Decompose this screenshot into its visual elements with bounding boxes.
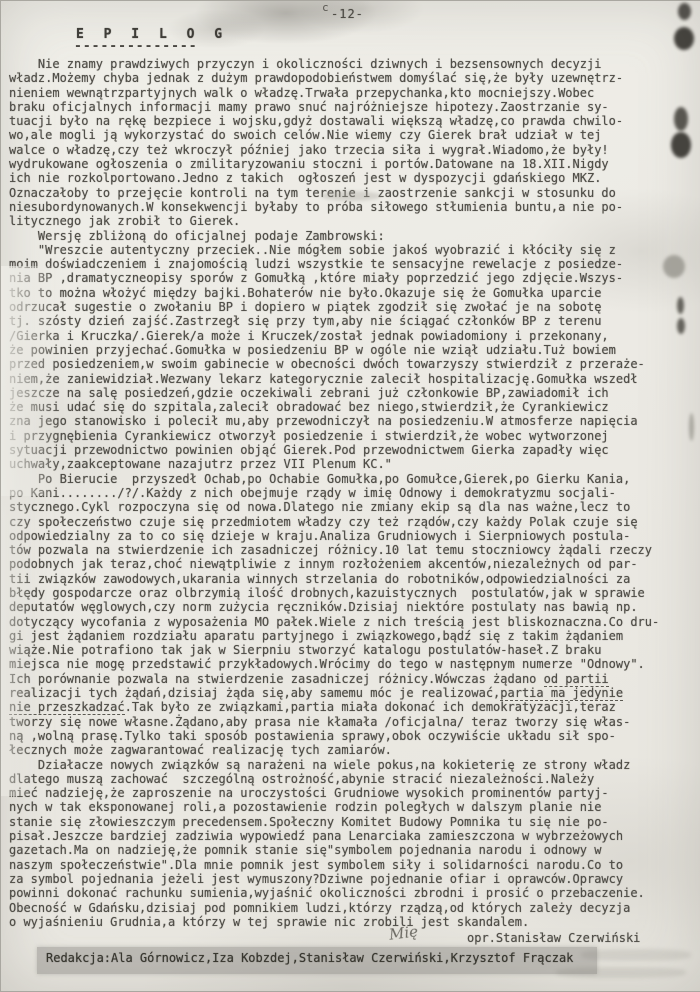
text-line: że musi udać się do szpitala,zalecił obr…	[9, 400, 693, 414]
text-line: Po Bierucie przyszedł Ochab,po Ochabie G…	[9, 472, 693, 486]
text-line: niesubordynowanych.W konsekwencji byłaby…	[9, 200, 693, 214]
text-line: braku oficjalnych informacji mamy prawo …	[9, 100, 693, 114]
text-line: ich nie rozkolportowano.Jedno z takich o…	[9, 171, 693, 185]
text-line: Nie znamy prawdziwych przyczyn i okolicz…	[9, 57, 693, 71]
ink-stain	[663, 255, 685, 278]
text-line: po Kani......../?/.Każdy z nich obejmuje…	[9, 486, 693, 500]
text-line: błędy gospodarcze oraz olbrzymią ilość d…	[9, 586, 693, 600]
bleed-through-smudge	[556, 967, 686, 978]
text-line: odpowiedzialny za to co się dzieje w kra…	[9, 529, 693, 543]
text-line: czy społeczeństwo czuje się przedmiotem …	[9, 515, 693, 529]
text-line: dlatego muszą zachować szczególną ostroż…	[9, 772, 693, 786]
text-line: za symbol pojednania jeżeli jest wymuszo…	[9, 872, 693, 886]
text-line: tów pozwala na stwierdzenie ich zasadnic…	[9, 543, 693, 557]
text-line: Obecność w Gdańsku,dzisiaj pod pomnikiem…	[9, 901, 693, 915]
ink-stain	[671, 132, 691, 158]
text-line: gi jest żądaniem rozdziału aparatu party…	[9, 629, 693, 643]
text-line: litycznego jak zrobił to Gierek.	[9, 214, 693, 228]
document-page: c -12- E P I L O G -------------- Nie zn…	[0, 0, 700, 992]
text-line: uchwały,zaakceptowane nazajutrz przez VI…	[9, 457, 693, 471]
ink-stain	[689, 413, 694, 441]
handwritten-corner-mark: c	[322, 1, 329, 14]
text-line: deputatów węglowych,czy norm zużycia ręc…	[9, 600, 693, 614]
text-line: tworzy się nowe własne.Żądano,aby prasa …	[9, 715, 693, 729]
bleed-through-smudge	[581, 949, 691, 961]
text-line: wydrukowane ogłoszenia o zmilitaryzowani…	[9, 157, 693, 171]
text-line: że powinien przyjechać.Gomułka w posiedz…	[9, 343, 693, 357]
text-line: pisał.Jeszcze bardziej zadziwia wypowied…	[9, 829, 693, 843]
text-line: i przygnębienia Cyrankiewicz otworzył po…	[9, 429, 693, 443]
text-line: nych w tak eksponowanej roli,a pozostawi…	[9, 800, 693, 814]
text-line: naszym społeczeństwie".Dla mnie pomnik j…	[9, 858, 693, 872]
text-line: nia BP ,dramatyczneopisy sporów z Gomułk…	[9, 271, 693, 285]
text-line: podobnych jak teraz,choć niewątpliwie z …	[9, 557, 693, 571]
text-line: jeszcze na salę posiedzeń,gdzie oczekiwa…	[9, 386, 693, 400]
page-number: -12-	[331, 7, 364, 21]
text-line: Działacze nowych związków są narażeni na…	[9, 758, 693, 772]
highlight-band: Redakcja:Ala Górnowicz,Iza Kobzdej,Stani…	[37, 947, 597, 974]
ink-stain	[678, 3, 691, 20]
text-line: realizacji tych żądań,dzisiaj żąda się,a…	[9, 686, 693, 700]
text-line: stanie się złowieszczym precedensem.Społ…	[9, 815, 693, 829]
text-line: gazetach.Ma on nadzieję,że pomnik stanie…	[9, 843, 693, 857]
text-line: ną ,wolną prasę.Tylko taki sposób postaw…	[9, 729, 693, 743]
text-line: tuacji było na rękę bezpiece i wojsku,gd…	[9, 114, 693, 128]
document-body: Nie znamy prawdziwych przyczyn i okolicz…	[9, 57, 693, 929]
ink-stain	[674, 27, 694, 50]
text-line: nie przeszkadzać.Tak było ze związkami,p…	[9, 700, 693, 714]
ink-stain	[674, 107, 688, 131]
text-line: wiąże.Nie potrafiono tak jak w Sierpniu …	[9, 643, 693, 657]
text-line: wo,ale mogli ją wykorzystać do swoich ce…	[9, 128, 693, 142]
text-line: tj. szósty dzień zajść.Zastrzegł się prz…	[9, 314, 693, 328]
title-underline: --------------	[74, 39, 198, 54]
text-line: dotyczący wycofania z wyposażenia MO pał…	[9, 615, 693, 629]
text-line: zna jego stanowisko i polecił mu,aby prz…	[9, 414, 693, 428]
text-line: tii związków zawodowych,ukarania winnych…	[9, 572, 693, 586]
text-line: Wersję zbliżoną do oficjalnej podaje Zam…	[9, 229, 693, 243]
text-line: łecznych może zagwarantować realizację t…	[9, 743, 693, 757]
author-credit: opr.Stanisław Czerwiński	[467, 931, 640, 945]
text-line: /Gierka i Kruczka/.Gierek/a może i Krucz…	[9, 329, 693, 343]
text-line: niem,że zaniewidział.Wezwany lekarz kate…	[9, 372, 693, 386]
text-line: o wyjaśnieniu Grudnia,a którzy w tej spr…	[9, 915, 693, 929]
ink-stain	[677, 318, 685, 334]
text-line: Ich porównanie pozwala na stwierdzenie z…	[9, 672, 693, 686]
editorial-credit-line: Redakcja:Ala Górnowicz,Iza Kobzdej,Stani…	[46, 951, 573, 965]
ink-stain	[321, 191, 381, 201]
text-line: tko to można włożyć między bajki.Bohater…	[9, 286, 693, 300]
text-line: odrzucał sugestie o zwołaniu BP i dopier…	[9, 300, 693, 314]
ink-stain	[677, 297, 684, 314]
text-line: nieniem wewnątrzpartyjnych walk o władzę…	[9, 86, 693, 100]
handwritten-initials: Mię	[388, 922, 419, 943]
text-line: "Wreszcie autentyczny przeciek..Nie mógł…	[9, 243, 693, 257]
text-line: powinni dokonać rachunku sumienia,wyjaśn…	[9, 886, 693, 900]
text-line: sytuacji przewodnictwo powinien objąć Gi…	[9, 443, 693, 457]
text-line: miejsca nie mogę przedstawić przykładowy…	[9, 657, 693, 671]
text-line: moim doświadczeniem i znajomością ludzi …	[9, 257, 693, 271]
text-line: mieć nadzieję,że zaproszenie na uroczyst…	[9, 786, 693, 800]
text-line: stycznego.Cykl rozpoczyna się od nowa.Dl…	[9, 500, 693, 514]
text-line: władz.Możemy chyba jednak z dużym prawdo…	[9, 71, 693, 85]
text-line: walce o władzę,czy też wkroczył później …	[9, 143, 693, 157]
text-line: przed posiedzeniem,w swoim gabinecie w o…	[9, 357, 693, 371]
